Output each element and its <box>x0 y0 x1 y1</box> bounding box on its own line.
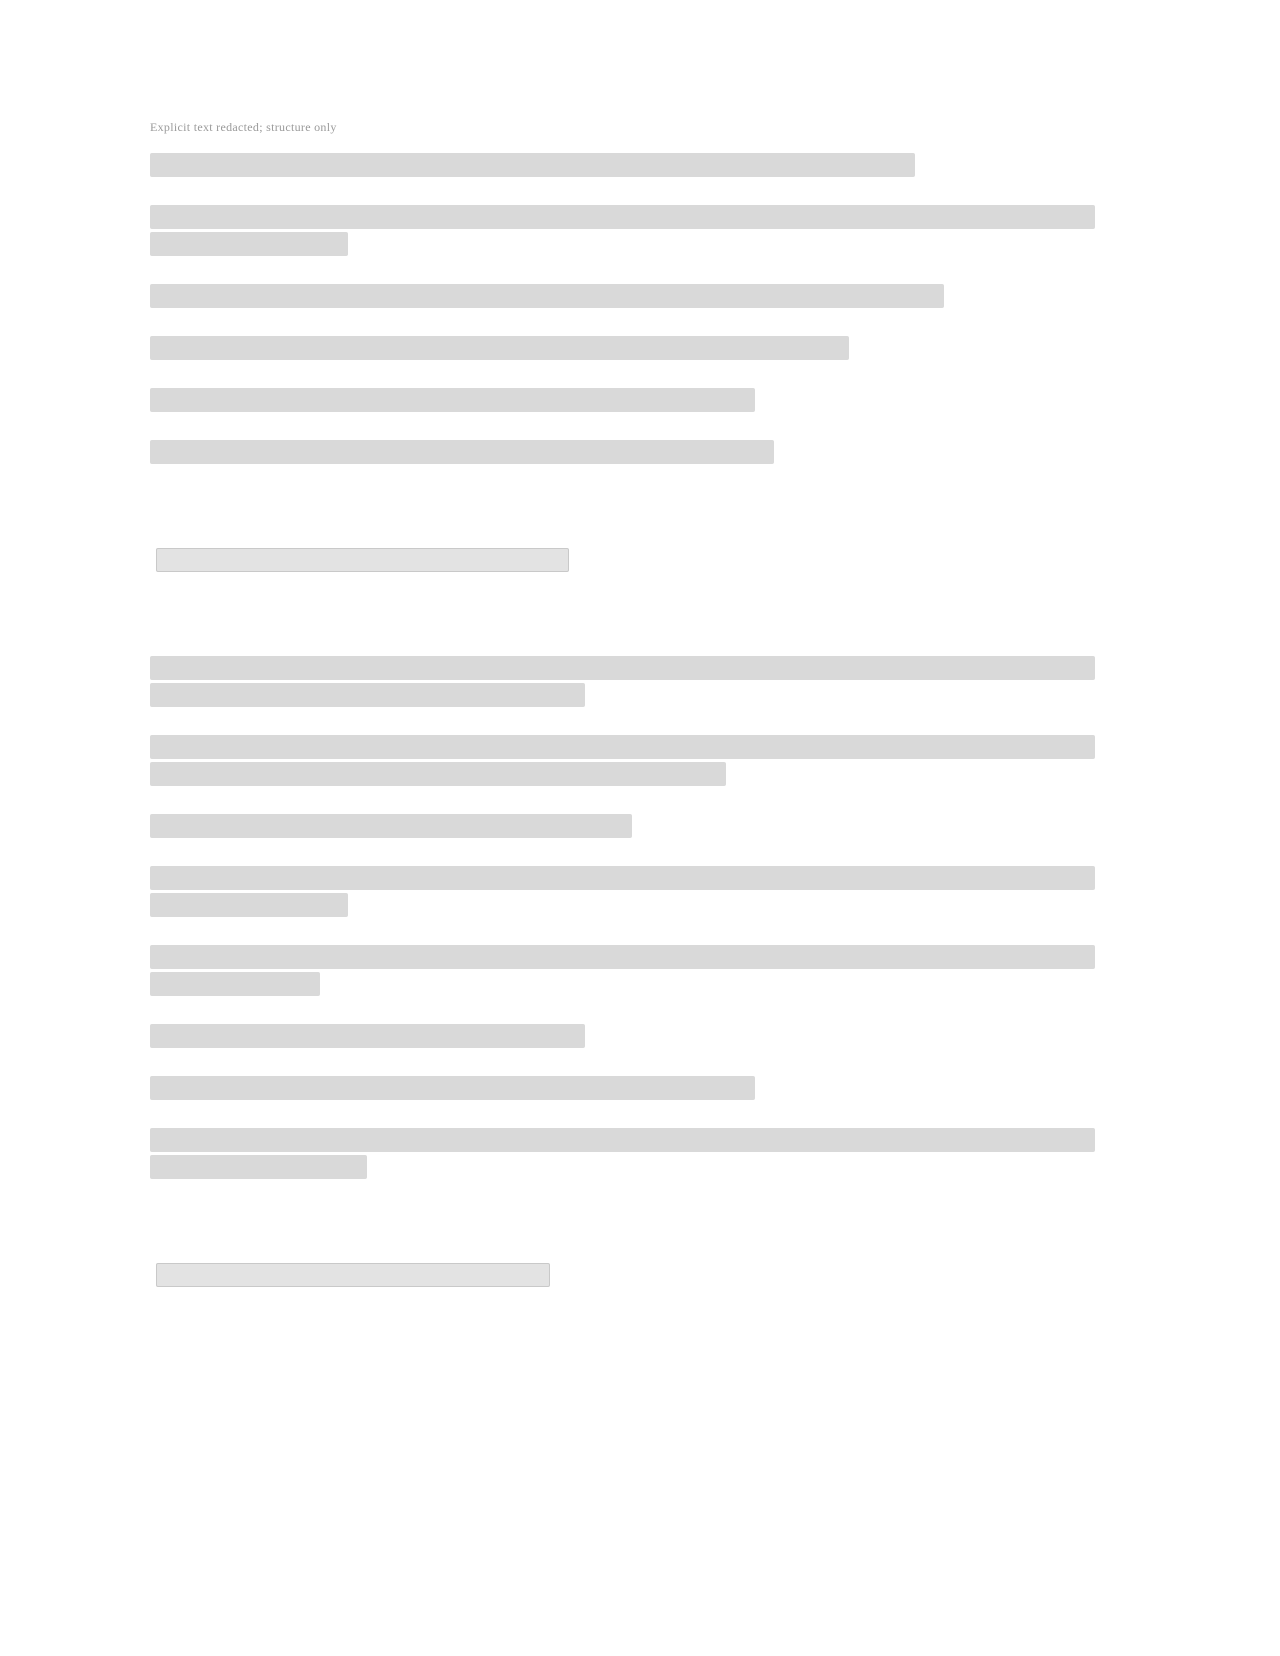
redacted-text-line <box>156 548 569 572</box>
redacted-text-line <box>150 762 726 786</box>
redacted-text-line <box>150 440 774 464</box>
redacted-text-line <box>150 388 755 412</box>
dialogue-line-redacted <box>156 1263 1095 1287</box>
dialogue-line-redacted <box>156 548 1095 572</box>
redacted-text-line <box>150 683 585 707</box>
paragraph-redacted <box>150 205 1095 256</box>
redacted-text-line <box>150 232 348 256</box>
redacted-text-line <box>150 945 1095 969</box>
paragraph-redacted <box>150 814 1095 838</box>
paragraph-redacted <box>150 1024 1095 1048</box>
redacted-text-line <box>150 205 1095 229</box>
paragraph-redacted <box>150 656 1095 707</box>
paragraph-redacted <box>150 153 1095 177</box>
paragraph-redacted <box>150 336 1095 360</box>
paragraph-redacted <box>150 735 1095 786</box>
redacted-text-line <box>150 1024 585 1048</box>
redacted-text-line <box>150 866 1095 890</box>
paragraph-redacted <box>150 284 1095 308</box>
redacted-text-line <box>150 814 632 838</box>
paragraph-redacted <box>150 1128 1095 1179</box>
redacted-text-line <box>150 972 320 996</box>
text-column <box>150 153 1095 1287</box>
paragraph-redacted <box>150 440 1095 464</box>
paragraph-redacted <box>150 866 1095 917</box>
redacted-text-line <box>150 284 944 308</box>
redacted-text-line <box>150 1128 1095 1152</box>
redacted-text-line <box>150 1076 755 1100</box>
redaction-note: Explicit text redacted; structure only <box>150 120 337 135</box>
paragraph-redacted <box>150 945 1095 996</box>
redacted-text-line <box>150 735 1095 759</box>
document-page: Explicit text redacted; structure only <box>0 0 1280 1656</box>
redacted-text-line <box>150 336 849 360</box>
redacted-text-line <box>156 1263 550 1287</box>
paragraph-redacted <box>150 388 1095 412</box>
redacted-text-line <box>150 153 915 177</box>
redacted-text-line <box>150 893 348 917</box>
redacted-text-line <box>150 656 1095 680</box>
redacted-text-line <box>150 1155 367 1179</box>
paragraph-redacted <box>150 1076 1095 1100</box>
